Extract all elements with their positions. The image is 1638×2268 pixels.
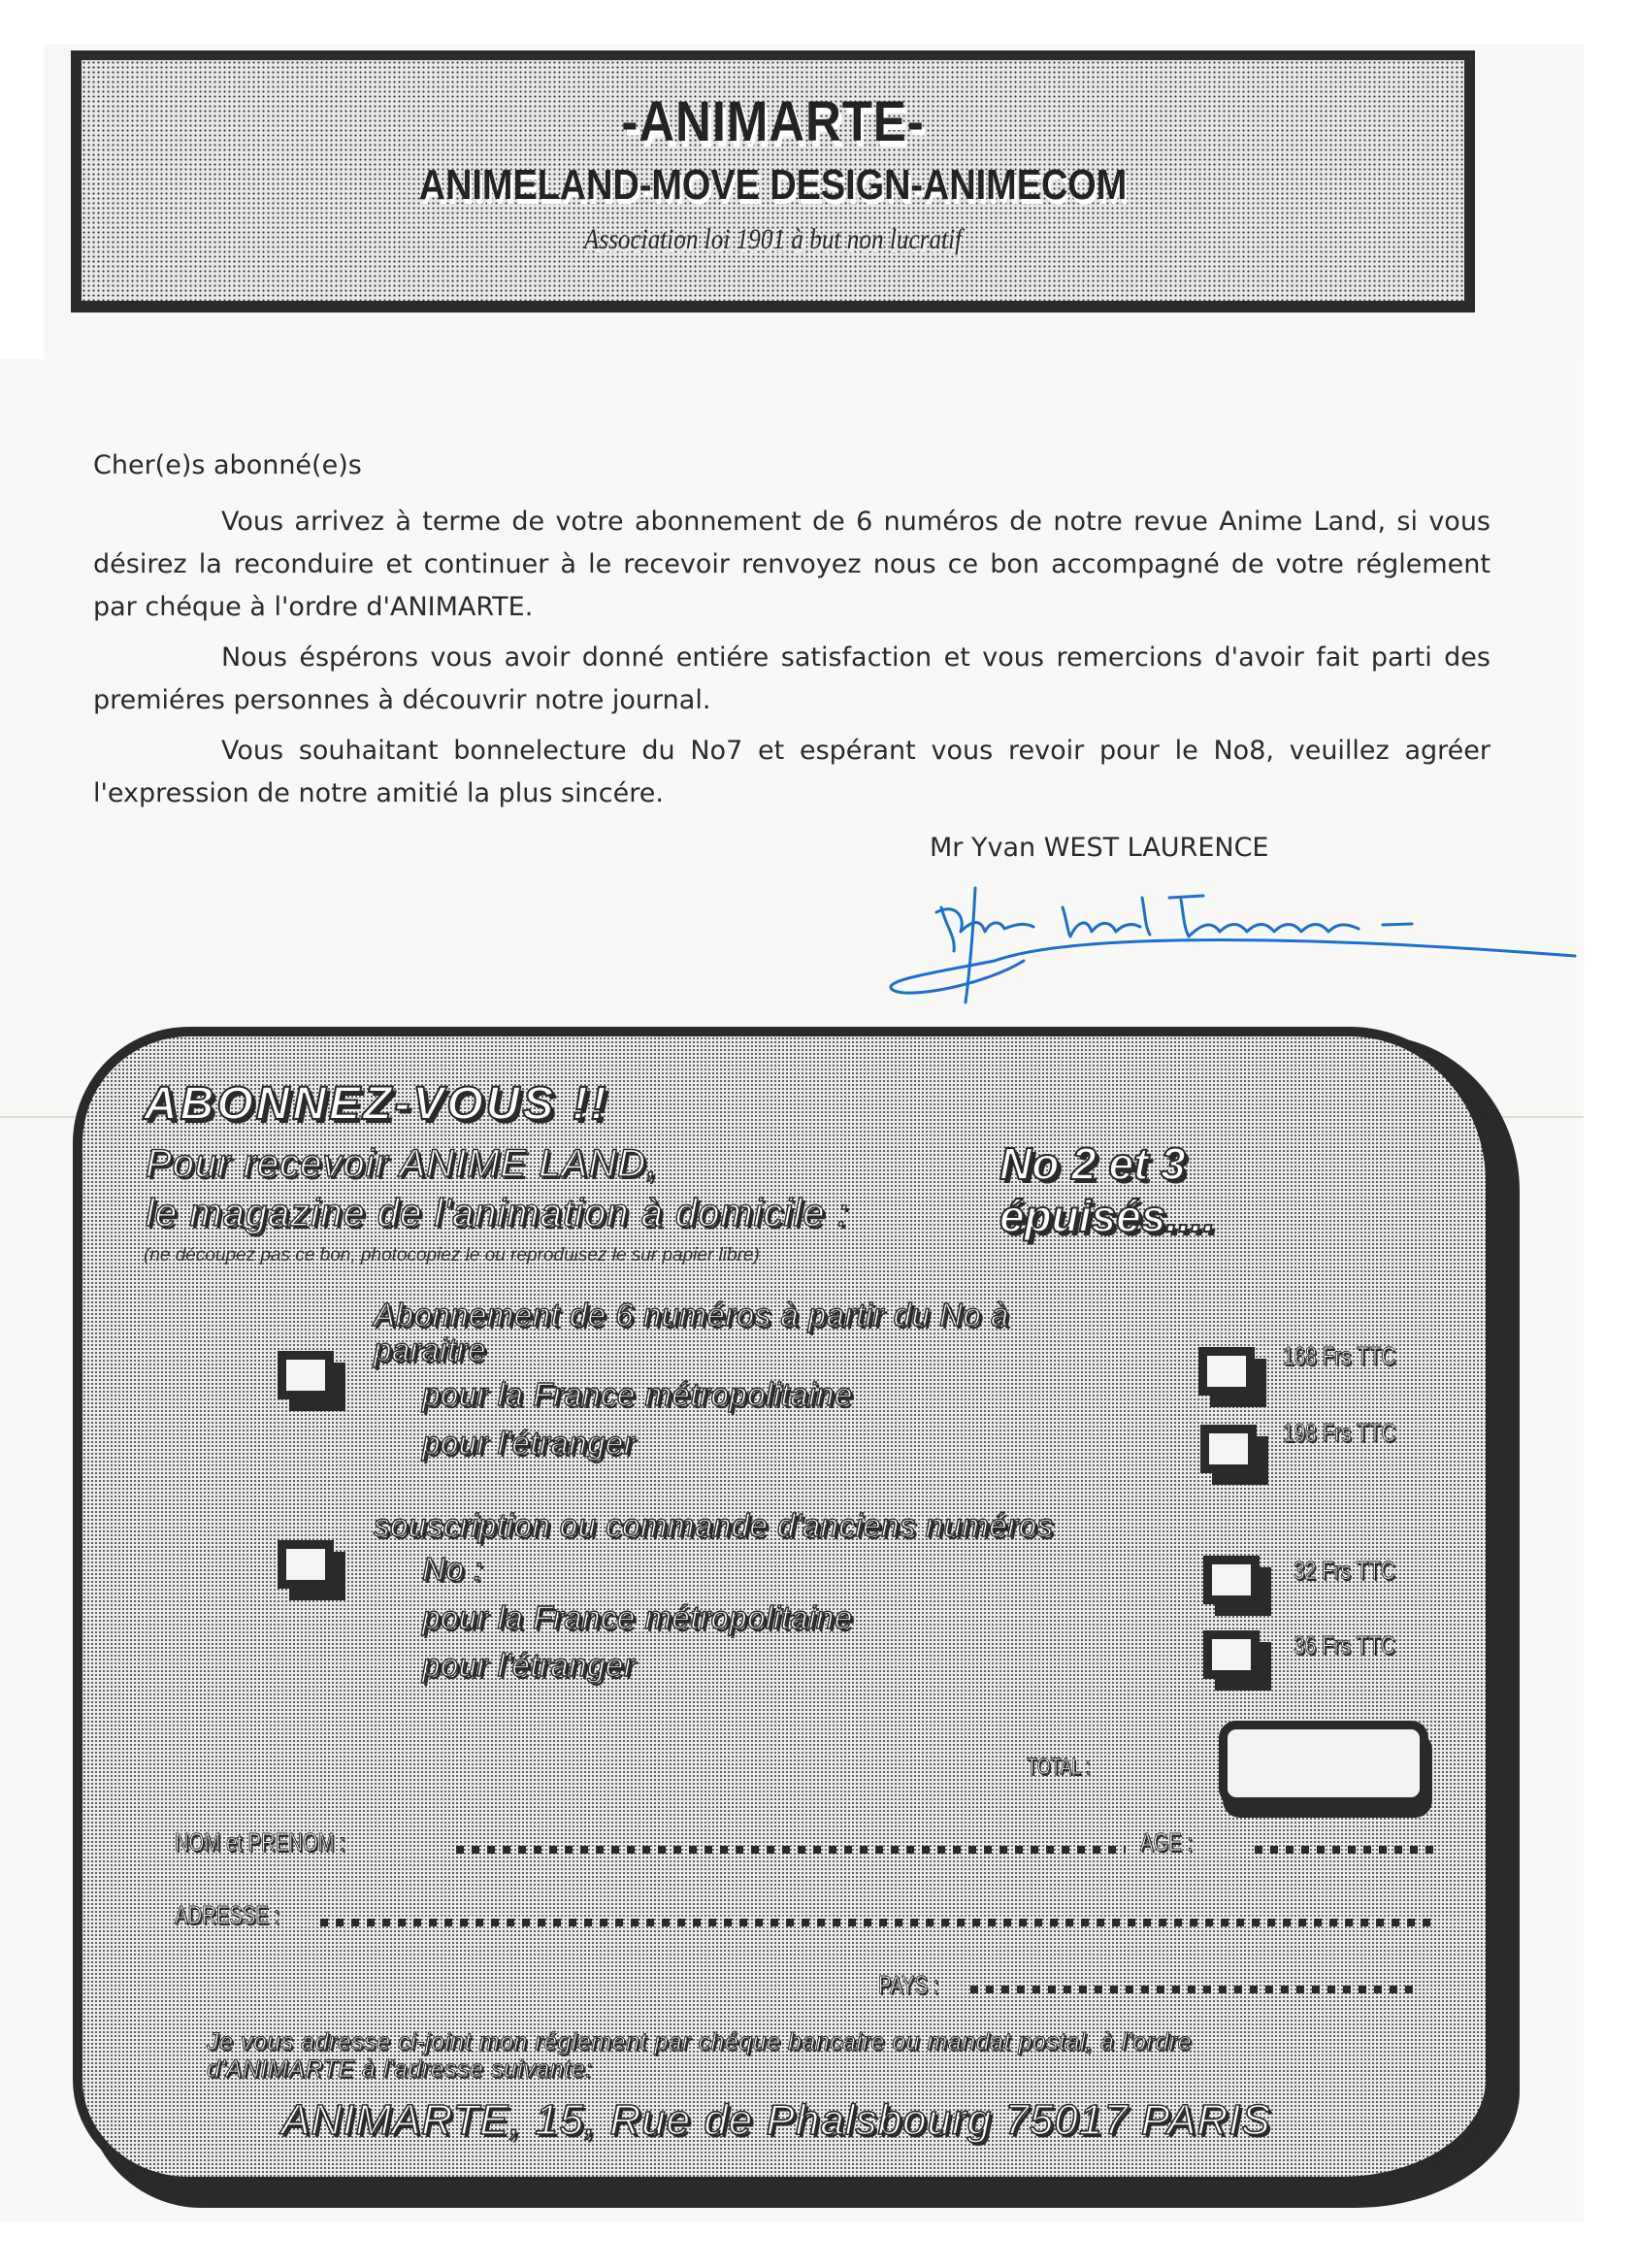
coupon-intro-line2: le magazine de l'animation à domicile : (146, 1192, 849, 1235)
age-label: AGE : (1140, 1827, 1193, 1857)
back-issues-heading: souscription ou commande d'anciens numér… (374, 1507, 1054, 1544)
back-issues-france-label: pour la France métropolitaine (422, 1599, 853, 1636)
address-field[interactable] (320, 1919, 1438, 1926)
back-issues-france-price: 32 Frs TTC (1294, 1556, 1395, 1586)
signatory-name: Mr Yvan WEST LAURENCE (930, 833, 1268, 863)
back-issues-abroad-price: 36 Frs TTC (1294, 1630, 1395, 1660)
letterhead-title: -ANIMARTE- (165, 89, 1382, 154)
letter-paragraph: Nous éspérons vous avoir donné entiére s… (93, 637, 1491, 722)
subscription-heading-cont: paraitre (374, 1331, 486, 1368)
subscription-france-label: pour la France métropolitaine (422, 1376, 853, 1413)
subscription-abroad-price: 198 Frs TTC (1283, 1418, 1395, 1448)
age-field[interactable] (1255, 1846, 1436, 1854)
back-issues-number-label: No : (422, 1551, 483, 1588)
sold-out-line2: épuisés.... (999, 1190, 1215, 1242)
payment-instructions-line1: Je vous adresse ci-joint mon réglement p… (207, 2028, 1192, 2056)
sold-out-line1: No 2 et 3 (999, 1137, 1186, 1190)
letter-paragraph: Vous souhaitant bonnelecture du No7 et e… (93, 730, 1491, 815)
subscription-abroad-checkbox[interactable] (1200, 1425, 1257, 1473)
coupon-intro-line1: Pour recevoir ANIME LAND, (146, 1142, 658, 1186)
country-label: PAYS : (878, 1970, 938, 2000)
subscription-france-price: 168 Frs TTC (1283, 1341, 1395, 1371)
total-label: TOTAL : (1027, 1754, 1091, 1781)
address-label: ADRESSE : (175, 1900, 279, 1930)
payment-instructions-line2: d'ANIMARTE à l'adresse suivante: (207, 2055, 592, 2084)
letter-paragraph: Vous arrivez à terme de votre abonnement… (93, 501, 1491, 629)
back-issues-checkbox[interactable] (278, 1540, 334, 1589)
coupon-note: (ne découpez pas ce bon, photocopiez le … (144, 1245, 760, 1266)
handwritten-signature (868, 878, 1577, 1004)
name-field[interactable] (456, 1846, 1126, 1854)
name-label: NOM et PRENOM : (175, 1827, 345, 1857)
total-field[interactable] (1219, 1721, 1428, 1806)
back-issues-abroad-checkbox[interactable] (1203, 1630, 1260, 1679)
country-field[interactable] (970, 1986, 1417, 1993)
back-issues-france-checkbox[interactable] (1203, 1556, 1260, 1604)
subscription-checkbox[interactable] (278, 1351, 334, 1399)
letter-body: Cher(e)s abonné(e)s Vous arrivez à terme… (93, 444, 1491, 815)
letterhead-subtitle: ANIMELAND-MOVE DESIGN-ANIMECOM (179, 161, 1368, 210)
subscription-france-checkbox[interactable] (1198, 1347, 1255, 1396)
letterhead-banner: -ANIMARTE- ANIMELAND-MOVE DESIGN-ANIMECO… (71, 50, 1475, 312)
subscription-heading: Abonnement de 6 numéros à partir du No à (374, 1297, 1009, 1333)
mailing-address: ANIMARTE, 15, Rue de Phalsbourg 75017 PA… (281, 2096, 1271, 2145)
salutation: Cher(e)s abonné(e)s (93, 444, 1491, 487)
subscription-abroad-label: pour l'étranger (422, 1425, 635, 1462)
letterhead-association: Association loi 1901 à but non lucratif (192, 223, 1354, 256)
back-issues-abroad-label: pour l'étranger (422, 1647, 635, 1684)
coupon-headline: ABONNEZ-VOUS !! (144, 1077, 609, 1131)
